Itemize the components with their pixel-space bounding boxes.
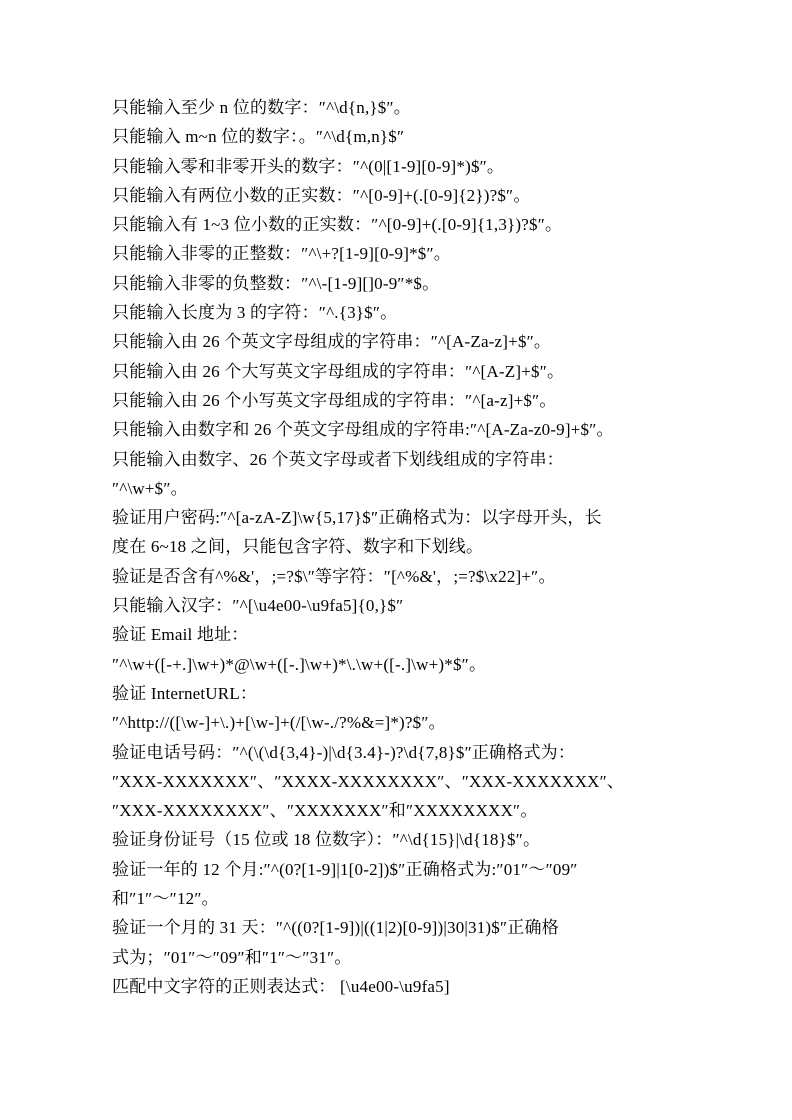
text-line: ″XXX-XXXXXXX″、″XXXX-XXXXXXXX″、″XXX-XXXXX…	[112, 767, 712, 796]
text-line: 验证是否含有^%&'，;=?$\″等字符：″[^%&'，;=?$\x22]+″。	[112, 562, 712, 591]
text-line: 匹配中文字符的正则表达式： [\u4e00-\u9fa5]	[112, 972, 712, 1001]
text-line: 验证电话号码：″^(\(\d{3,4}-)|\d{3.4}-)?\d{7,8}$…	[112, 738, 712, 767]
text-line: 只能输入非零的正整数：″^\+?[1-9][0-9]*$″。	[112, 239, 712, 268]
text-line: 只能输入长度为 3 的字符：″^.{3}$″。	[112, 298, 712, 327]
text-line: 只能输入由数字、26 个英文字母或者下划线组成的字符串：	[112, 445, 712, 474]
text-line: 只能输入有 1~3 位小数的正实数：″^[0-9]+(.[0-9]{1,3})?…	[112, 210, 712, 239]
text-line: 验证 Email 地址：	[112, 620, 712, 649]
text-line: ″XXX-XXXXXXXX″、″XXXXXXX″和″XXXXXXXX″。	[112, 796, 712, 825]
text-line: ″^http://([\w-]+\.)+[\w-]+(/[\w-./?%&=]*…	[112, 708, 712, 737]
text-line: 验证 InternetURL：	[112, 679, 712, 708]
regex-text-block: 只能输入至少 n 位的数字：″^\d{n,}$″。只能输入 m~n 位的数字：。…	[112, 93, 712, 1001]
text-line: 和″1″～″12″。	[112, 884, 712, 913]
text-line: 只能输入至少 n 位的数字：″^\d{n,}$″。	[112, 93, 712, 122]
text-line: 验证一个月的 31 天：″^((0?[1-9])|((1|2)[0-9])|30…	[112, 913, 712, 942]
text-line: 只能输入由数字和 26 个英文字母组成的字符串:″^[A-Za-z0-9]+$″…	[112, 415, 712, 444]
text-line: 验证用户密码:″^[a-zA-Z]\w{5,17}$″正确格式为：以字母开头，长	[112, 503, 712, 532]
text-line: 验证身份证号（15 位或 18 位数字）：″^\d{15}|\d{18}$″。	[112, 825, 712, 854]
text-line: 式为；″01″～″09″和″1″～″31″。	[112, 943, 712, 972]
text-line: 度在 6~18 之间，只能包含字符、数字和下划线。	[112, 532, 712, 561]
text-line: 只能输入非零的负整数：″^\-[1-9][]0-9″*$。	[112, 269, 712, 298]
text-line: 只能输入由 26 个英文字母组成的字符串：″^[A-Za-z]+$″。	[112, 327, 712, 356]
text-line: 只能输入有两位小数的正实数：″^[0-9]+(.[0-9]{2})?$″。	[112, 181, 712, 210]
text-line: 验证一年的 12 个月:″^(0?[1-9]|1[0-2])$″正确格式为:″0…	[112, 855, 712, 884]
text-line: 只能输入零和非零开头的数字：″^(0|[1-9][0-9]*)$″。	[112, 152, 712, 181]
text-line: 只能输入由 26 个大写英文字母组成的字符串：″^[A-Z]+$″。	[112, 357, 712, 386]
text-line: 只能输入 m~n 位的数字：。″^\d{m,n}$″	[112, 122, 712, 151]
document-page: 只能输入至少 n 位的数字：″^\d{n,}$″。只能输入 m~n 位的数字：。…	[0, 0, 792, 1120]
text-line: 只能输入汉字：″^[\u4e00-\u9fa5]{0,}$″	[112, 591, 712, 620]
text-line: ″^\w+$″。	[112, 474, 712, 503]
text-line: 只能输入由 26 个小写英文字母组成的字符串：″^[a-z]+$″。	[112, 386, 712, 415]
text-line: ″^\w+([-+.]\w+)*@\w+([-.]\w+)*\.\w+([-.]…	[112, 650, 712, 679]
